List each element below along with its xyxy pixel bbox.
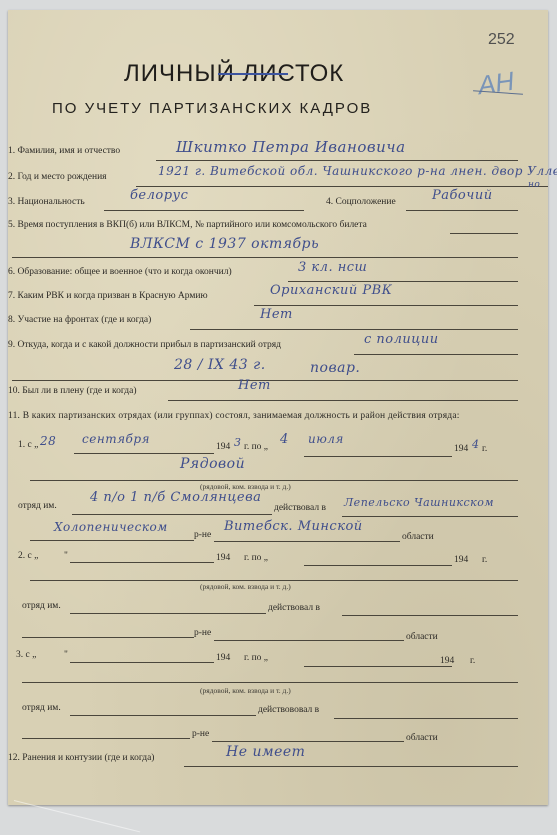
service2-quote: " [64,551,68,561]
service1-from-prefix: 1. с „ [18,440,38,450]
service2-from-prefix: 2. с „ [18,551,38,561]
service3-region-label: области [406,733,438,743]
service3-from-prefix: 3. с „ [16,650,36,660]
service3-position-caption: (рядовой, ком. взвода и т. д.) [200,686,291,695]
document-subtitle: ПО УЧЕТУ ПАРТИЗАНСКИХ КАДРОВ [52,100,372,117]
document-sheet: 252 АН ЛИЧНЫЙ ЛИСТОК ПО УЧЕТУ ПАРТИЗАНСК… [8,10,548,805]
service1-from-year-digit[interactable]: 3 [234,436,242,449]
service3-to-year-prefix: 194 [440,656,454,666]
service1-to-year-prefix: 194 [454,444,468,454]
service3-year-suffix: г. [470,656,475,666]
service2-to-year-prefix: 194 [454,555,468,565]
field-units-label: 11. В каких партизанских отрядах (или гр… [8,410,514,422]
service1-from-day[interactable]: 28 [40,434,56,448]
service1-to-day[interactable]: 4 [280,432,289,447]
field-rvk-value[interactable]: Ориханский РВК [270,283,392,298]
service2-year-suffix: г. [482,555,487,565]
field-nationality-value[interactable]: белорус [130,188,188,203]
service3-g-po: г. по „ [244,653,268,663]
field-name-label: 1. Фамилия, имя и отчество [8,146,120,156]
service2-unit-label: отряд им. [22,601,61,611]
field-captivity-value[interactable]: Нет [238,378,271,393]
service2-position-caption: (рядовой, ком. взвода и т. д.) [200,582,291,591]
service1-to-year-digit[interactable]: 4 [472,438,480,451]
service2-acted-label: действовал в [268,603,320,613]
pencil-mark: АН [476,66,516,102]
field-education-value[interactable]: 3 кл. нсш [298,260,367,275]
field-wounds-label: 12. Ранения и контузии (где и когда) [8,753,154,763]
service1-unit-label: отряд им. [18,501,57,511]
field-rvk-label: 7. Каким РВК и когда призван в Красную А… [8,291,208,301]
service2-region-label: области [406,632,438,642]
field-arrival-label: 9. Откуда, когда и с какой должности при… [8,340,281,350]
field-party-value[interactable]: ВЛКСМ с 1937 октябрь [130,236,319,252]
service1-from-month[interactable]: сентября [82,432,150,446]
field-birth-value-tail: но [528,180,540,190]
service1-acted-in[interactable]: Лепельско Чашникском [344,496,494,509]
service1-to-month[interactable]: июля [308,432,344,446]
title-underline-mark [218,73,288,75]
service2-g-po: г. по „ [244,553,268,563]
service1-district-label: р-не [194,530,211,540]
field-arrival-date[interactable]: 28 / IX 43 г. [174,357,266,373]
field-arrival-value[interactable]: с полиции [364,332,439,347]
field-wounds-value[interactable]: Не имеет [226,744,305,760]
field-captivity-label: 10. Был ли в плену (где и когда) [8,386,137,396]
service1-from-year-prefix: 194 [216,442,230,452]
field-nationality-label: 3. Национальность [8,197,85,207]
field-social-value[interactable]: Рабочий [432,188,493,203]
field-name-value[interactable]: Шкитко Петра Ивановича [176,138,406,156]
archive-number: 252 [488,31,515,49]
field-birth-value[interactable]: 1921 г. Витебской обл. Чашникского р-на … [158,164,557,178]
service1-region-label: области [402,532,434,542]
service2-from-year-prefix: 194 [216,553,230,563]
service1-position[interactable]: Рядовой [180,456,245,472]
field-fronts-value[interactable]: Нет [260,307,293,322]
paper-crease [14,800,140,832]
field-party-label: 5. Время поступления в ВКП(б) или ВЛКСМ,… [8,220,367,230]
service3-acted-label: действововал в [258,705,319,715]
field-birth-label: 2. Год и место рождения [8,172,107,182]
field-social-label: 4. Соцположение [326,197,396,207]
service1-unit[interactable]: 4 п/о 1 п/б Смолянцева [90,490,261,505]
service1-acted-label: действовал в [274,503,326,513]
service1-acted-in2[interactable]: Холопеническом [54,520,168,534]
service1-year-suffix: г. [482,444,487,454]
service3-unit-label: отряд им. [22,703,61,713]
service1-g-po: г. по „ [244,442,268,452]
service3-district-label: р-не [192,729,209,739]
service1-region[interactable]: Витебск. Минской [224,519,363,534]
service2-district-label: р-не [194,628,211,638]
field-education-label: 6. Образование: общее и военное (что и к… [8,267,232,277]
service3-from-year-prefix: 194 [216,653,230,663]
service3-quote: " [64,650,68,660]
field-fronts-label: 8. Участие на фронтах (где и когда) [8,315,151,325]
field-arrival-position[interactable]: повар. [310,360,360,376]
